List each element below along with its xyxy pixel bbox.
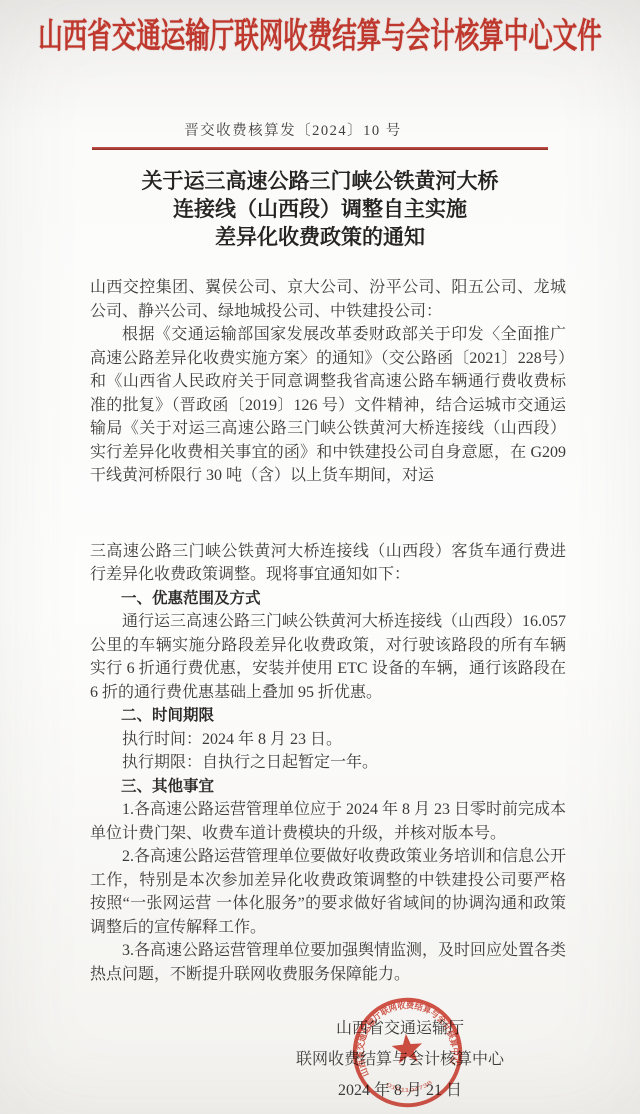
document-body: 山西交控集团、翼侯公司、京大公司、汾平公司、阳五公司、龙城公司、静兴公司、绿地城… [90, 276, 566, 986]
document-title-line-3: 差异化收费政策的通知 [0, 223, 640, 251]
section-1-paragraph: 通行运三高速公路三门峡公铁黄河大桥连接线（山西段）16.057 公里的车辆实施分… [90, 610, 566, 704]
section-3-item-1: 1.各高速公路运营管理单位应于 2024 年 8 月 23 日零时前完成本单位计… [90, 798, 566, 845]
document-number: 晋交收费核算发〔2024〕10 号 [0, 119, 613, 140]
section-1-heading: 一、优惠范围及方式 [90, 587, 566, 611]
recipients-line: 山西交控集团、翼侯公司、京大公司、汾平公司、阳五公司、龙城公司、静兴公司、绿地城… [90, 276, 566, 323]
execution-time-line: 执行时间：2024 年 8 月 23 日。 [90, 728, 566, 752]
execution-period-line: 执行期限：自执行之日起暂定一年。 [90, 751, 566, 775]
section-2-heading: 二、时间期限 [90, 704, 566, 728]
page-stitch-gap [90, 488, 566, 540]
svg-text:0101104738: 0101104738 [385, 1078, 434, 1096]
agency-header-title: 山西省交通运输厅联网收费结算与会计核算中心文件 [0, 9, 640, 59]
document-page: 山西省交通运输厅联网收费结算与会计核算中心文件 晋交收费核算发〔2024〕10 … [0, 0, 640, 1114]
seal-star-icon [391, 1032, 424, 1064]
legal-basis-paragraph-part2: 三高速公路三门峡公铁黄河大桥连接线（山西段）客货车通行费进行差异化收费政策调整。… [90, 540, 566, 587]
red-divider-rule [92, 147, 548, 150]
seal-serial-number: 0101104738 [385, 1078, 434, 1096]
section-3-item-2: 2.各高速公路运营管理单位要做好收费政策业务培训和信息公开工作，特别是本次参加差… [90, 845, 566, 939]
document-title-line-1: 关于运三高速公路三门峡公铁黄河大桥 [0, 167, 640, 195]
document-title-line-2: 连接线（山西段）调整自主实施 [0, 195, 640, 223]
document-title: 关于运三高速公路三门峡公铁黄河大桥 连接线（山西段）调整自主实施 差异化收费政策… [0, 167, 640, 251]
official-red-seal-icon: 山西省交通运输厅联网收费结算与会计核算中心 0101104738 [346, 991, 468, 1113]
section-3-item-3: 3.各高速公路运营管理单位要加强舆情监测，及时回应处置各类热点问题，不断提升联网… [90, 939, 566, 986]
section-3-heading: 三、其他事宜 [90, 775, 566, 799]
legal-basis-paragraph-part1: 根据《交通运输部国家发展改革委财政部关于印发〈全面推广高速公路差异化收费实施方案… [90, 323, 566, 488]
